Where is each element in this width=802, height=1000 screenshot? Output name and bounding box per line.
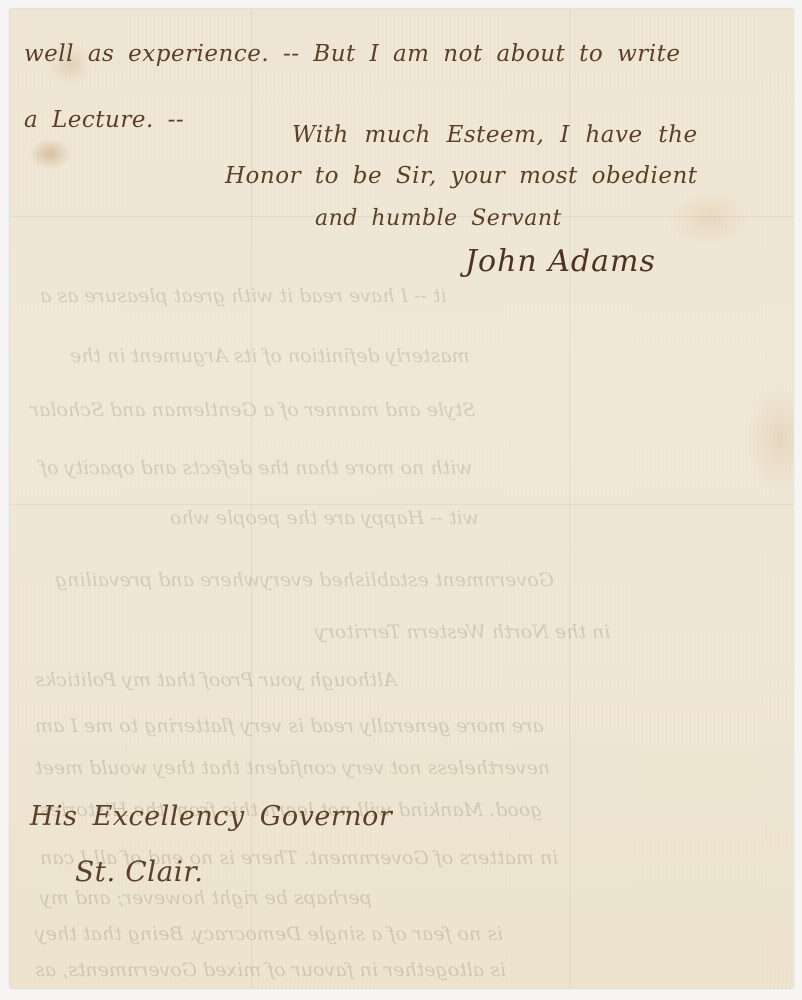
bleed-line: perhaps be right however; and my <box>40 887 372 909</box>
bleed-line: Style and manner of a Gentleman and Scho… <box>30 399 475 421</box>
bleed-line: wit -- Happy are the people who <box>170 507 479 529</box>
bleed-line: with no more than the defects and opacit… <box>40 457 472 479</box>
bleed-line: is no fear of a single Democracy. Being … <box>35 923 503 945</box>
bleed-line: are more generally read is very flatteri… <box>35 715 544 737</box>
closing-line-1: With much Esteem, I have the <box>292 122 698 148</box>
bleed-line: it -- I have read it with great pleasure… <box>40 285 447 307</box>
letter-page: it -- I have read it with great pleasure… <box>10 9 793 988</box>
vertical-fold-right <box>568 9 571 988</box>
vertical-fold-left <box>250 9 253 988</box>
bleed-line: nevertheless not very confident that the… <box>35 757 550 779</box>
addressee-line-2: St. Clair. <box>75 855 203 888</box>
signature: John Adams <box>465 244 656 279</box>
body-line-1: well as experience. -- But I am not abou… <box>24 41 680 67</box>
bleed-line: masterly definition of its Argument in t… <box>70 345 470 367</box>
bleed-line: is altogether in favour of mixed Governm… <box>35 959 506 981</box>
bleed-line: in the North Western Territory <box>315 621 610 643</box>
addressee-line-1: His Excellency Governor <box>30 801 392 832</box>
body-line-2: a Lecture. -- <box>24 107 184 133</box>
closing-line-2: Honor to be Sir, your most obedient <box>225 163 698 189</box>
bleed-line: Government established everywhere and pr… <box>55 569 554 591</box>
closing-line-3: and humble Servant <box>315 206 562 231</box>
horizontal-fold-middle <box>10 503 793 506</box>
bleed-line: Although your Proof that my Politicks <box>35 669 397 691</box>
